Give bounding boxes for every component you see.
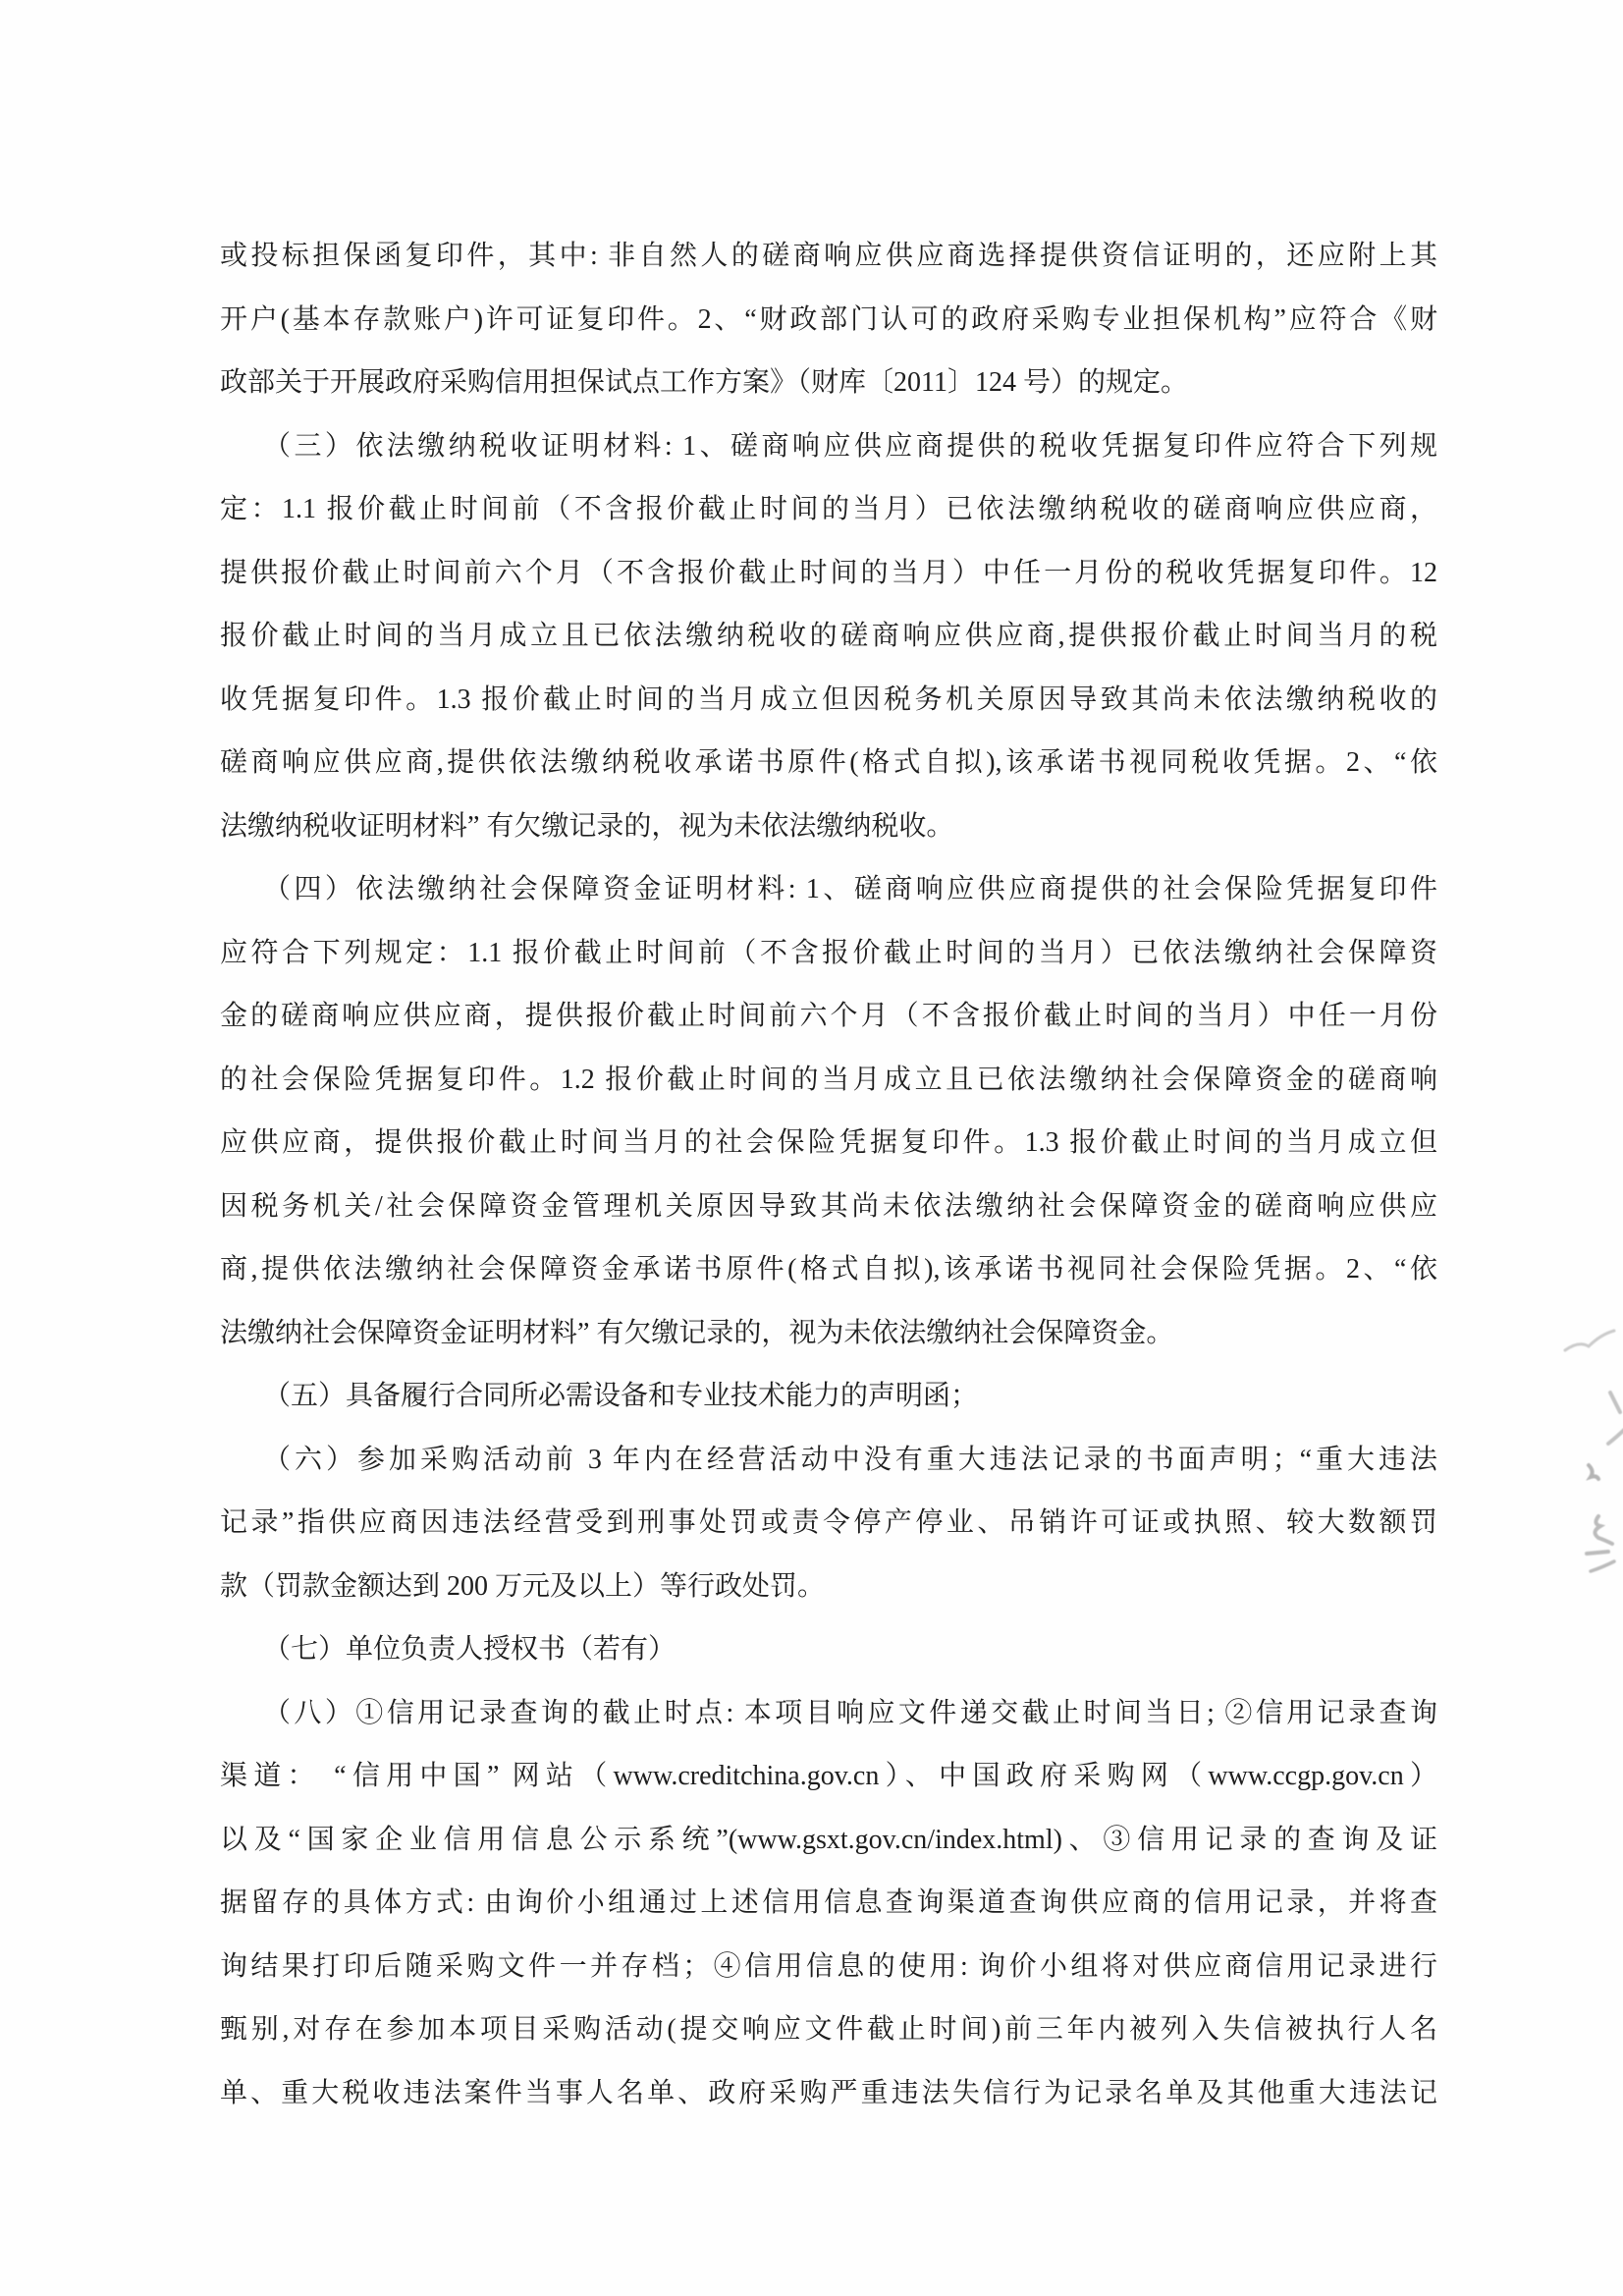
text-line: 款（罚款金额达到 200 万元及以上）等行政处罚。 xyxy=(220,1556,1437,1619)
text-line: 收凭据复印件。1.3 报价截止时间的当月成立但因税务机关原因导致其尚未依法缴纳税… xyxy=(220,669,1437,733)
text-line: （四）依法缴纳社会保障资金证明材料: 1、磋商响应供应商提供的社会保险凭据复印件 xyxy=(220,858,1437,922)
text-line: （五）具备履行合同所必需设备和专业技术能力的声明函； xyxy=(220,1365,1437,1429)
text-line: 政部关于开展政府采购信用担保试点工作方案》（财库〔2011〕124 号）的规定。 xyxy=(220,352,1437,415)
text-line: 甄别,对存在参加本项目采购活动(提交响应文件截止时间)前三年内被列入失信被执行人… xyxy=(220,1998,1437,2062)
text-line: 开户(基本存款账户)许可证复印件。2、“财政部门认可的政府采购专业担保机构”应符… xyxy=(220,289,1437,353)
pen-mark-artifact xyxy=(1581,1387,1623,1495)
text-line: 渠道： “信用中国” 网站（www.creditchina.gov.cn）、中国… xyxy=(220,1745,1437,1809)
document-body: 或投标担保函复印件，其中: 非自然人的磋商响应供应商选择提供资信证明的，还应附上… xyxy=(220,225,1437,2125)
text-line: 据留存的具体方式: 由询价小组通过上述信用信息查询渠道查询供应商的信用记录，并将… xyxy=(220,1872,1437,1936)
text-line: （七）单位负责人授权书（若有） xyxy=(220,1618,1437,1682)
text-line: （六）参加采购活动前 3 年内在经营活动中没有重大违法记录的书面声明；“重大违法 xyxy=(220,1429,1437,1493)
text-line: 金的磋商响应供应商，提供报价截止时间前六个月（不含报价截止时间的当月）中任一月份 xyxy=(220,985,1437,1049)
text-line: 询结果打印后随采购文件一并存档；④信用信息的使用: 询价小组将对供应商信用记录进… xyxy=(220,1936,1437,1999)
text-line: 应符合下列规定：1.1 报价截止时间前（不含报价截止时间的当月）已依法缴纳社会保… xyxy=(220,922,1437,986)
text-line: 法缴纳社会保障资金证明材料” 有欠缴记录的，视为未依法缴纳社会保障资金。 xyxy=(220,1302,1437,1366)
text-line: 或投标担保函复印件，其中: 非自然人的磋商响应供应商选择提供资信证明的，还应附上… xyxy=(220,225,1437,289)
text-line: （三）依法缴纳税收证明材料: 1、磋商响应供应商提供的税收凭据复印件应符合下列规 xyxy=(220,415,1437,479)
text-line: 记录”指供应商因违法经营受到刑事处罚或责令停产停业、吊销许可证或执照、较大数额罚 xyxy=(220,1492,1437,1556)
text-line: 报价截止时间的当月成立且已依法缴纳税收的磋商响应供应商,提供报价截止时间当月的税 xyxy=(220,605,1437,669)
text-line: 应供应商，提供报价截止时间当月的社会保险凭据复印件。1.3 报价截止时间的当月成… xyxy=(220,1112,1437,1175)
text-line: 提供报价截止时间前六个月（不含报价截止时间的当月）中任一月份的税收凭据复印件。1… xyxy=(220,542,1437,606)
pen-mark-artifact xyxy=(1569,1510,1623,1599)
text-line: 以及“国家企业信用信息公示系统”(www.gsxt.gov.cn/index.h… xyxy=(220,1809,1437,1873)
text-line: 因税务机关/社会保障资金管理机关原因导致其尚未依法缴纳社会保障资金的磋商响应供应 xyxy=(220,1175,1437,1239)
text-line: 商,提供依法缴纳社会保障资金承诺书原件(格式自拟),该承诺书视同社会保险凭据。2… xyxy=(220,1238,1437,1302)
text-line: 磋商响应供应商,提供依法缴纳税收承诺书原件(格式自拟),该承诺书视同税收凭据。2… xyxy=(220,732,1437,795)
pen-mark-artifact xyxy=(1561,1321,1620,1360)
text-line: 法缴纳税收证明材料” 有欠缴记录的，视为未依法缴纳税收。 xyxy=(220,795,1437,859)
text-line: 单、重大税收违法案件当事人名单、政府采购严重违法失信行为记录名单及其他重大违法记 xyxy=(220,2062,1437,2126)
text-line: （八）①信用记录查询的截止时点: 本项目响应文件递交截止时间当日; ②信用记录查… xyxy=(220,1682,1437,1746)
text-line: 定：1.1 报价截止时间前（不含报价截止时间的当月）已依法缴纳税收的磋商响应供应… xyxy=(220,478,1437,542)
scanned-document-page: 或投标担保函复印件，其中: 非自然人的磋商响应供应商选择提供资信证明的，还应附上… xyxy=(0,0,1623,2296)
text-line: 的社会保险凭据复印件。1.2 报价截止时间的当月成立且已依法缴纳社会保障资金的磋… xyxy=(220,1049,1437,1113)
